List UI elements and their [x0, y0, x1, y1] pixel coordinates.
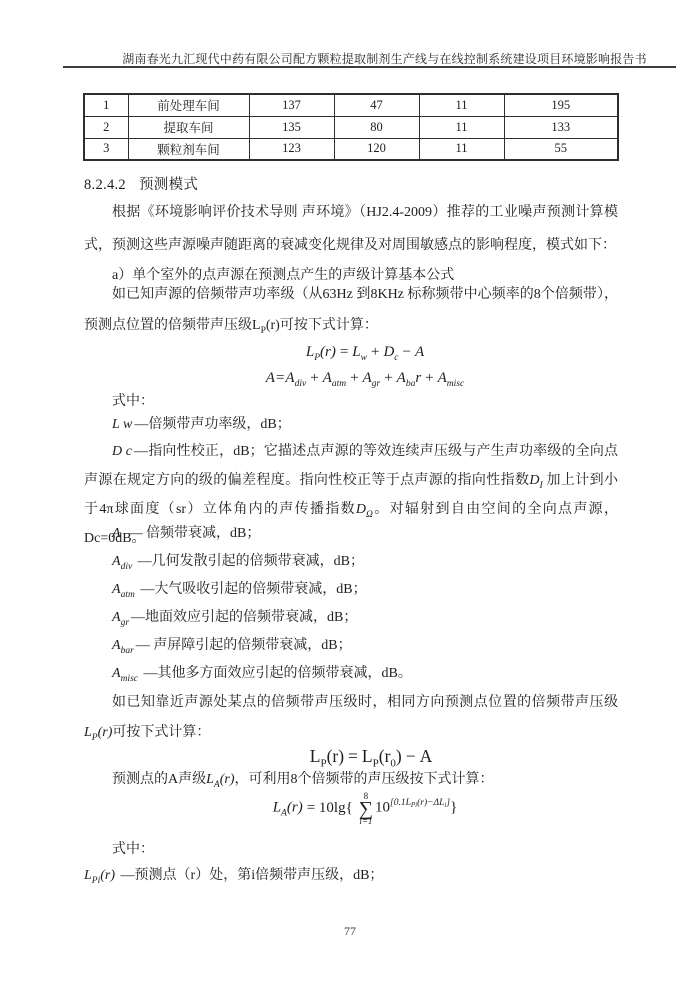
- formula-var: A: [438, 370, 447, 386]
- formula-sub: atm: [121, 590, 135, 600]
- table-cell: 11: [419, 138, 504, 160]
- table-cell: 11: [419, 94, 504, 116]
- table-cell: 55: [504, 138, 618, 160]
- formula-op: }: [450, 800, 457, 816]
- formula-var: D: [356, 502, 366, 517]
- formula-var: A: [285, 370, 294, 386]
- symbol-definition-agr: Agr—地面效应引起的倍频带衰减，dB；: [84, 608, 618, 628]
- table-cell: 123: [249, 138, 334, 160]
- formula-var: A: [112, 638, 121, 653]
- header-divider: [63, 66, 676, 68]
- formula-var: D c: [112, 444, 132, 459]
- noise-source-table: 1 前处理车间 137 47 11 195 2 提取车间 135 80 11 1…: [83, 93, 619, 161]
- table-cell: 11: [419, 116, 504, 138]
- formula-var: D: [529, 473, 539, 488]
- table-row: 2 提取车间 135 80 11 133: [84, 116, 618, 138]
- formula-var: A: [397, 370, 406, 386]
- section-number: 8.2.4.2: [84, 177, 126, 193]
- formula-op: −: [399, 344, 415, 360]
- formula-op: +: [367, 344, 383, 360]
- formula-exponent: [0.1LPi(r)−ΔLi]: [390, 798, 450, 808]
- formula-sub: div: [295, 379, 307, 389]
- formula-var: A: [112, 666, 121, 681]
- section-heading: 8.2.4.2预测模式: [84, 173, 618, 194]
- page-number: 77: [0, 924, 700, 939]
- formula-sub: Pi: [92, 876, 100, 886]
- formula-var: A: [420, 746, 433, 766]
- text-run: (r)−ΔL: [417, 798, 444, 808]
- symbol-desc: — 倍频带衰减，dB；: [129, 526, 261, 541]
- formula-sub: misc: [121, 674, 138, 684]
- text-run: 如已知靠近声源处某点的倍频带声压级时，相同方向预测点位置的倍频带声压级: [112, 695, 618, 710]
- table-cell: 颗粒剂车间: [128, 138, 249, 160]
- formula-op: +: [306, 370, 322, 386]
- formula-sub: bar: [121, 646, 134, 656]
- formula-var: A: [415, 344, 424, 360]
- formula-var: (r): [98, 725, 113, 740]
- formula-op: +: [421, 370, 437, 386]
- symbol-definition-lpi: LPi(r) —预测点（r）处，第i倍频带声压级，dB；: [84, 866, 618, 886]
- table-row: 1 前处理车间 137 47 11 195: [84, 94, 618, 116]
- table-cell: 120: [334, 138, 419, 160]
- paragraph-near-source: 如已知靠近声源处某点的倍频带声压级时，相同方向预测点位置的倍频带声压级LP(r)…: [84, 688, 618, 748]
- formula-var: (r): [100, 868, 115, 883]
- symbol-definition-lw: L w—倍频带声功率级，dB；: [84, 415, 618, 435]
- document-page: 湖南春光九汇现代中药有限公司配方颗粒提取制剂生产线与在线控制系统建设项目环境影响…: [0, 0, 700, 989]
- formula-op: =: [344, 746, 362, 766]
- formula-var: (r: [379, 746, 391, 766]
- formula-a-level: LA(r)= 10lg{8∑i=110[0.1LPi(r)−ΔLi]}: [98, 792, 632, 824]
- table-cell: 前处理车间: [128, 94, 249, 116]
- formula-op: −: [402, 746, 420, 766]
- symbol-desc: —地面效应引起的倍频带衰减，dB；: [131, 610, 357, 625]
- formula-var: (r): [327, 746, 344, 766]
- formula-lp-reference: LP(r)=LP(r0)−A: [104, 744, 638, 768]
- table-cell: 提取车间: [128, 116, 249, 138]
- table-cell: 3: [84, 138, 128, 160]
- formula-var: L: [252, 318, 261, 333]
- formula-var: ): [396, 746, 402, 766]
- formula-op: =: [336, 344, 352, 360]
- formula-base: 10: [375, 800, 390, 816]
- table-cell: 1: [84, 94, 128, 116]
- formula-var: L: [84, 725, 92, 740]
- table-cell: 2: [84, 116, 128, 138]
- table-cell: 133: [504, 116, 618, 138]
- formula-var: (r): [320, 344, 336, 360]
- formula-var: A: [112, 554, 121, 569]
- table-row: 3 颗粒剂车间 123 120 11 55: [84, 138, 618, 160]
- formula-var: A: [323, 370, 332, 386]
- symbol-desc: —几何发散引起的倍频带衰减，dB；: [134, 554, 364, 569]
- formula-var: A: [266, 370, 275, 386]
- formula-sub: div: [121, 562, 133, 572]
- formula-var: L w: [112, 417, 132, 432]
- formula-op: =: [275, 370, 285, 386]
- symbol-definition-amisc: Amisc —其他多方面效应引起的倍频带衰减，dB。: [84, 664, 618, 684]
- formula-var: A: [112, 526, 121, 541]
- text-run: [0.1L: [390, 798, 411, 808]
- symbol-desc: —预测点（r）处，第i倍频带声压级，dB；: [117, 868, 383, 883]
- formula-sub: Pi: [411, 801, 417, 809]
- formula-sub: gr: [372, 379, 380, 389]
- text-run: ]: [446, 798, 450, 808]
- formula-var: L: [310, 746, 321, 766]
- formula-lp-outdoor: LP(r)=Lw+Dc−A: [98, 340, 632, 364]
- formula-var: L: [84, 868, 92, 883]
- symbol-definition-abar: Abar— 声屏障引起的倍频带衰减，dB；: [84, 636, 618, 656]
- formula-var: L: [206, 772, 214, 787]
- formula-sub: gr: [121, 618, 129, 628]
- formula-op: +: [346, 370, 362, 386]
- formula-op: = 10lg{: [303, 800, 357, 816]
- formula-var: (r): [220, 772, 235, 787]
- symbol-definition-aatm: Aatm —大气吸收引起的倍频带衰减，dB；: [84, 580, 618, 600]
- sum-lower-limit: i=1: [359, 818, 372, 826]
- summation-symbol: 8∑i=1: [359, 793, 373, 825]
- paragraph-intro: 根据《环境影响评价技术导则 声环境》（HJ2.4-2009）推荐的工业噪声预测计…: [84, 196, 618, 262]
- formula-sub: Ω: [366, 510, 373, 520]
- formula-var: L: [362, 746, 373, 766]
- section-title: 预测模式: [139, 177, 198, 193]
- formula-var: L: [352, 344, 360, 360]
- symbol-desc: —倍频带声功率级，dB；: [134, 417, 290, 432]
- formula-sub: misc: [447, 379, 464, 389]
- text-run: ，可利用8个倍频带的声压级按下式计算：: [235, 772, 494, 787]
- table-cell: 80: [334, 116, 419, 138]
- where-label: 式中：: [84, 392, 618, 412]
- text-run: (r)可按下式计算：: [266, 318, 378, 333]
- formula-var: A: [112, 582, 121, 597]
- formula-var: A: [112, 610, 121, 625]
- text-run: 预测点的A声级: [112, 772, 206, 787]
- formula-var: A: [363, 370, 372, 386]
- table-cell: 195: [504, 94, 618, 116]
- table-cell: 135: [249, 116, 334, 138]
- page-header-title: 湖南春光九汇现代中药有限公司配方颗粒提取制剂生产线与在线控制系统建设项目环境影响…: [63, 50, 676, 67]
- formula-var: L: [306, 344, 314, 360]
- paragraph-a-level: 预测点的A声级LA(r)，可利用8个倍频带的声压级按下式计算：: [84, 768, 618, 792]
- formula-sub: atm: [332, 379, 346, 389]
- formula-sub: c: [394, 353, 398, 363]
- symbol-definition-a: A— 倍频带衰减，dB；: [84, 524, 618, 544]
- formula-var: D: [383, 344, 394, 360]
- where-label: 式中：: [84, 840, 618, 860]
- formula-var: L: [273, 800, 281, 816]
- paragraph-known-power: 如已知声源的倍频带声功率级（从63Hz 到8KHz 标称频带中心频率的8个倍频带…: [84, 279, 618, 341]
- symbol-desc: —大气吸收引起的倍频带衰减，dB；: [137, 582, 367, 597]
- symbol-desc: — 声屏障引起的倍频带衰减，dB；: [136, 638, 352, 653]
- formula-var: (r): [287, 800, 303, 816]
- table-cell: 137: [249, 94, 334, 116]
- symbol-definition-adiv: Adiv —几何发散引起的倍频带衰减，dB；: [84, 552, 618, 572]
- formula-attenuation-sum: A=Adiv+Aatm+Agr+Abar+Amisc: [98, 366, 632, 390]
- table-cell: 47: [334, 94, 419, 116]
- text-run: 可按下式计算：: [112, 725, 210, 740]
- symbol-desc: —其他多方面效应引起的倍频带衰减，dB。: [140, 666, 412, 681]
- formula-sub: ba: [406, 379, 416, 389]
- formula-op: +: [380, 370, 396, 386]
